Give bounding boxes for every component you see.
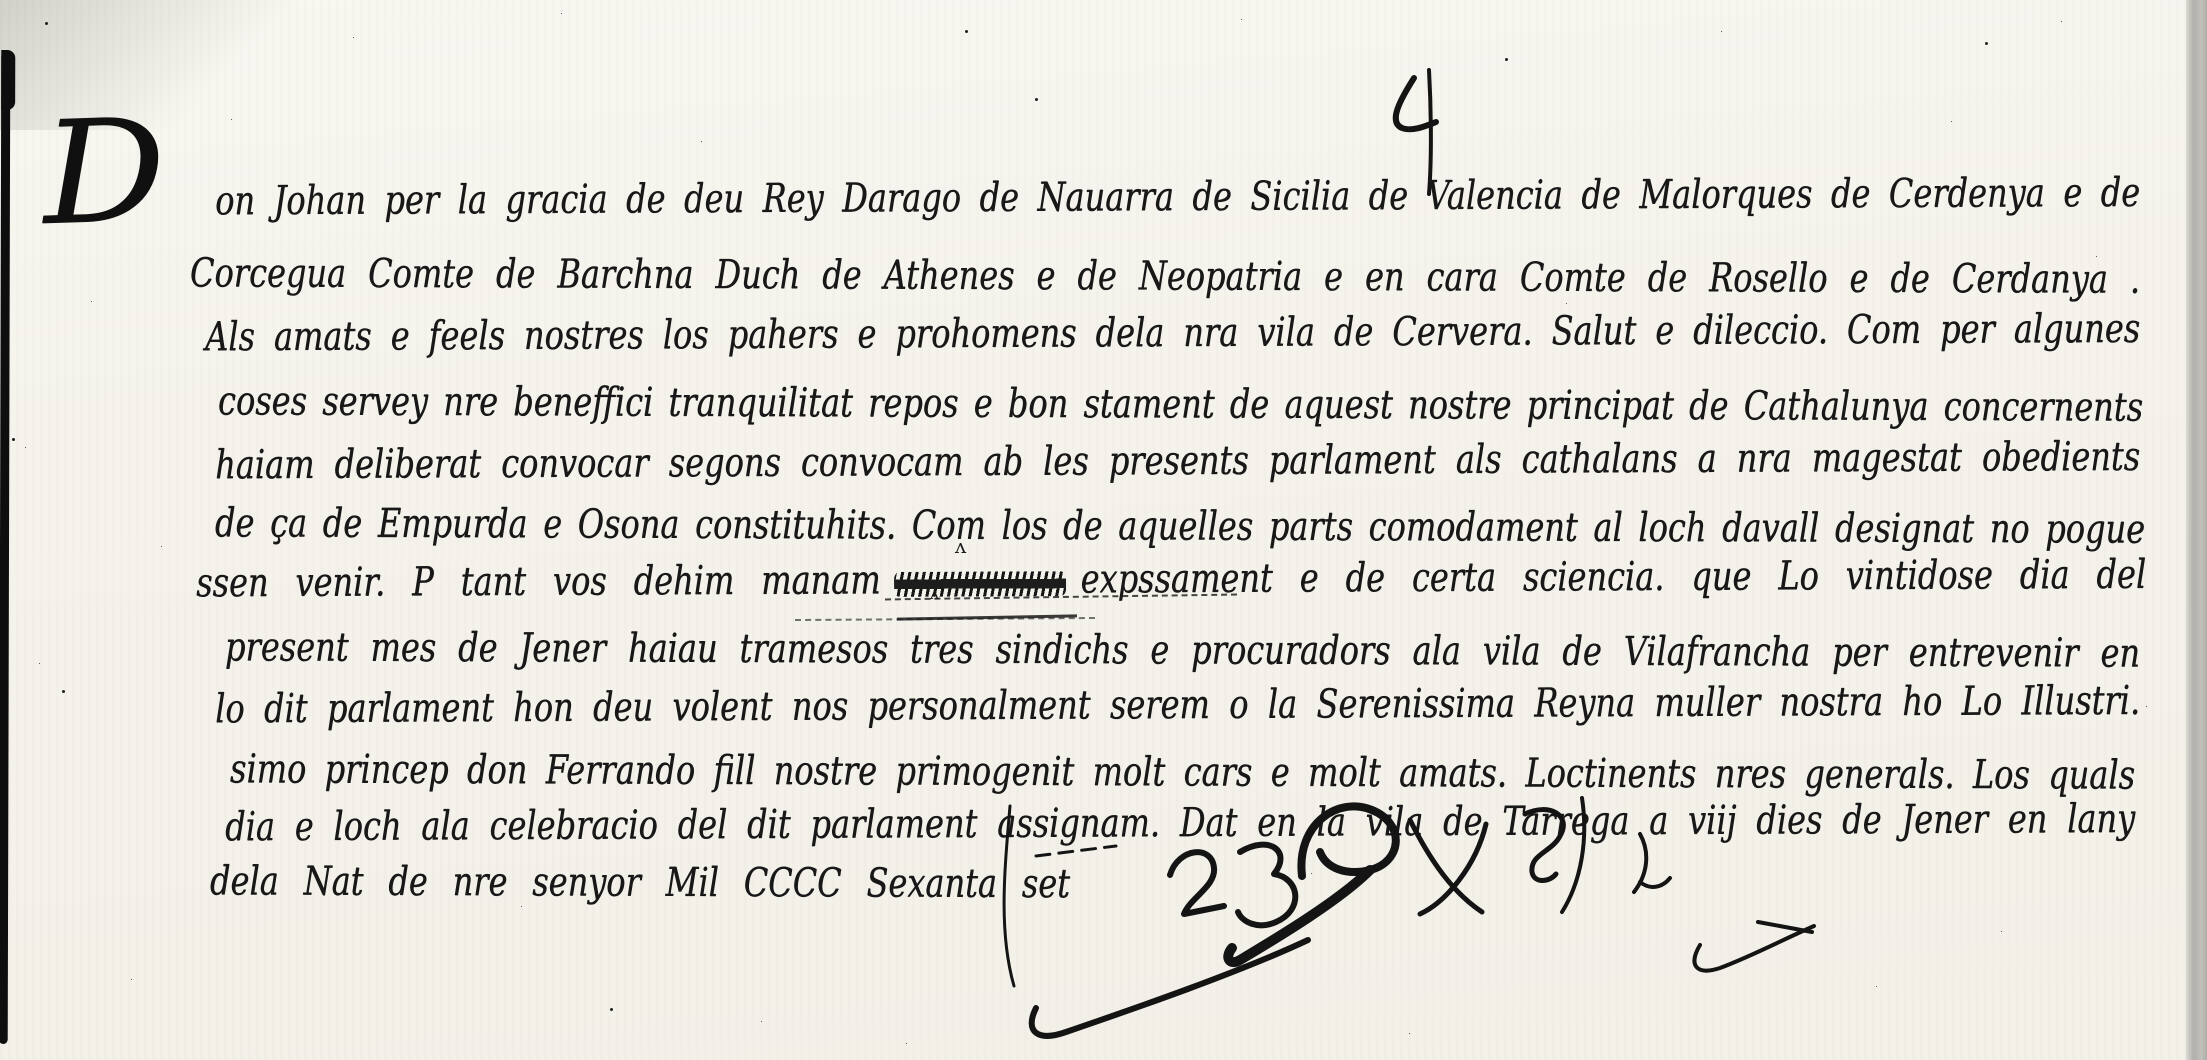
royal-signature-flourish [940,780,1900,1040]
manuscript-line: ssen venir. P tant vos dehim manamexpssa… [196,551,2146,606]
line-text: present mes de Jener haiau tramesos tres… [225,623,2140,677]
scan-left-edge-line [0,52,10,1044]
scan-noise-speckles [0,0,3,3]
manuscript-scan: D on Johan per la gracia de deu Rey Dara… [0,0,2207,1060]
manuscript-line: haiam deliberat convocar segons convocam… [215,434,2140,488]
royal-signature-icon [940,780,1900,1040]
line-text: Corcegua Comte de Barchna Duch de Athene… [190,249,2140,303]
insertion-caret-mark: ʌ [955,534,966,558]
line-text: coses servey nre beneffici tranquilitat … [218,377,2143,431]
drop-cap-initial: D [40,100,168,246]
line-text: haiam deliberat convocar segons convocam… [215,432,2140,488]
insertion-caret-mark: ʌ [930,584,939,603]
line-text: de ça de Empurda e Osona constituhits. C… [215,499,2145,553]
line-text: Als amats e feels nostres los pahers e p… [205,304,2140,360]
line-text: on Johan per la gracia de deu Rey Darago… [215,168,2140,224]
manuscript-line: present mes de Jener haiau tramesos tres… [225,624,2140,676]
manuscript-line: on Johan per la gracia de deu Rey Darago… [215,170,2140,224]
line-text: ssen venir. P tant vos dehim manam [196,556,881,606]
manuscript-line: lo dit parlament hon deu volent nos pers… [215,678,2140,732]
scribbled-out-word [895,571,1067,597]
line-text: expssament e de certa sciencia. que Lo v… [1080,550,2146,602]
manuscript-line: coses servey nre beneffici tranquilitat … [218,378,2143,430]
manuscript-line: de ça de Empurda e Osona constituhits. C… [215,500,2145,552]
manuscript-line: Corcegua Comte de Barchna Duch de Athene… [190,250,2140,302]
manuscript-line: Als amats e feels nostres los pahers e p… [205,306,2140,360]
scan-right-edge-band [2186,0,2207,1060]
line-text: lo dit parlament hon deu volent nos pers… [215,676,2140,732]
